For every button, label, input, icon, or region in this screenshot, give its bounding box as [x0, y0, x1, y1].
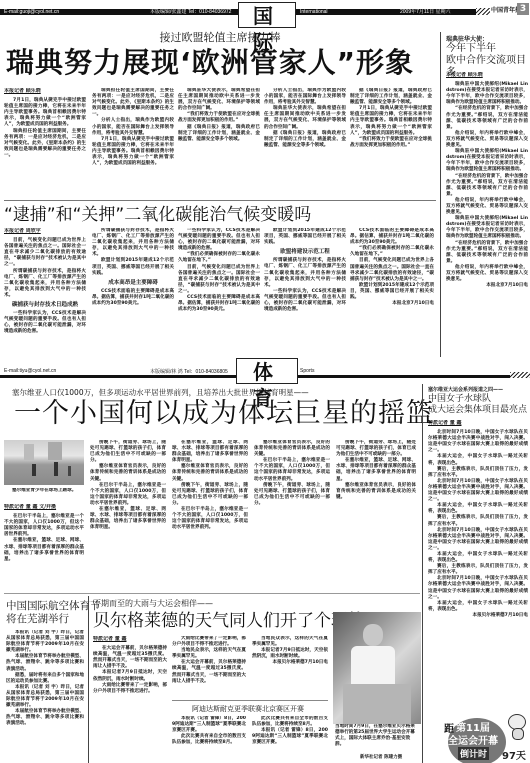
sports-section-title: 体 育 — [236, 358, 298, 384]
mascot-icon — [506, 712, 528, 740]
aviation-divider — [4, 593, 420, 594]
international-section-title: 国 际 — [238, 2, 296, 28]
international-section-en: International — [300, 9, 328, 15]
international-sidebar-divider — [440, 32, 441, 357]
sports-lead-column-5: 傍晚下午，街道旁、球场上，随处可见踢球、打篮球的孩子们，体育已成为他们生活中不可… — [336, 440, 416, 590]
lead-column-3: 瑞典驻华大使表示，瑞典希望在担任主席国期间推动欧中关系进一步发展，双方在气候变化… — [178, 88, 260, 200]
second-column-2: 所谓碳捕获与封存技术，是指将火电厂、炼钢厂、化工厂等排放源产生的二氧化碳收集起来… — [92, 228, 174, 356]
second-column-4: 欧盟计划到2015年建成12个示范项目，英国、挪威等国已经开展了相关实践。 欧盟… — [264, 228, 346, 356]
sidebar-body: 本报记者 顾乐晓 瑞典驻中国大使郝绍(Mikael Lindstrom)在接受本… — [446, 72, 528, 357]
brief-headline: 阿迪达斯耐克更季联赛北京赛区开赛 — [192, 704, 304, 714]
second-headline: “逮捕”和“关押”二氧化碳能治气候变暖吗 — [4, 205, 311, 225]
page-number: 3 — [517, 3, 529, 15]
lead-headline: 瑞典努力展现‘欧洲管家人”形象 — [6, 47, 414, 79]
aviation-right-divider — [88, 596, 89, 763]
sports-header-band-right — [298, 375, 510, 378]
weather-column-3: 当地民众表示，这样的天气在夏季实属罕见。 本报记者7月9日抵达时，天空依然阴沉，… — [252, 636, 328, 696]
lead-column-5: 据《瑞典日报》报道，瑞典政府已制定了详细的工作计划，涵盖就业、金融监管、能源安全… — [350, 88, 432, 200]
waterpolo-body: 特派记者 董 鑫 北京时间7月10日晚，中国女子水球队在贝尔格莱德大运会半决赛中… — [428, 420, 528, 710]
weather-byline: 特派记者 董 鑫 — [93, 636, 167, 642]
serbia-photo-caption: 塞尔维亚青少年在球场上踢球。 — [12, 488, 82, 502]
sports-header-band — [0, 375, 236, 378]
countdown-badge: 距 第11届 全运会开幕 倒计时 97天 — [440, 712, 530, 763]
lead-column-4: 分析人士指出，瑞典作为欧盟内较小的国家，能否在国际舞台上发挥领导作用，将考验其外… — [264, 88, 346, 200]
international-email: E-mail:guoji@cyol.net.cn — [4, 9, 59, 15]
sports-lead-kicker: 塞尔维亚人口仅1000万，但多项运动水平居世界前列，且培养出大批世界级体育明星—… — [12, 387, 309, 398]
lead-kicker: 接过欧盟轮值主席接力棒 — [100, 32, 340, 44]
sports-editor-tel: 本版编辑/林 鸿 Tel：010-84036805 — [150, 368, 228, 375]
sports-lead-column-4: 塞尔维亚体育官员表示，良好的体育传统和完善的青训体系是成功的关键。 在巴尔干半岛… — [254, 440, 330, 590]
weather-photo-caption: 当地时间7月9日，在塞尔维亚贝尔格莱德举行的第25届世界大学生运动会开幕式上，国… — [335, 724, 419, 754]
countdown-event-line2: 全运会开幕 — [448, 732, 498, 747]
serbia-football-photo — [4, 440, 84, 485]
second-column-5: CCS技术面临的主要障碍是成本高昂。据估算，捕获并封存1吨二氧化碳的成本约为30… — [350, 228, 434, 356]
second-byline: 本报记者 周欣宇 — [4, 228, 86, 234]
sports-section-en: Sports — [300, 368, 314, 374]
weather-photo — [333, 612, 421, 724]
weather-photo-credit: 新华社记者 陈建力摄 — [360, 755, 402, 761]
weather-column-1: 特派记者 董 鑫 在大运会开幕前，贝尔格莱德持续高温，气温一度超过35摄氏度。然… — [93, 636, 167, 763]
international-editor-tel: 本版编辑/张鑫建 Tel：010-84036972 — [150, 9, 231, 15]
sports-lead-column-1: 特派记者 董 鑫 文/并摄 在巴尔干半岛上，塞尔维亚是一个不大的国家，人口仅10… — [4, 504, 84, 590]
weather-kicker: 不期而至的大雨与大运会相伴—— — [93, 598, 213, 609]
sports-lead-byline: 特派记者 董 鑫 文/并摄 — [4, 504, 84, 510]
weather-column-2: 大雨给比赛带来了一定影响，部分户外项目不得不推迟进行。 当地民众表示，这样的天气… — [172, 636, 246, 696]
second-column-3: 一些科学家认为，CCS技术是解决气候变暖问题的重要手段。但也有人担心，被封存的二… — [178, 228, 260, 356]
sports-lead-headline: 一个小国何以成为体坛巨星的摇篮 — [14, 398, 434, 430]
waterpolo-kicker: 塞尔维亚大运会系列报道之四—— — [428, 386, 503, 393]
international-story-divider — [4, 200, 436, 201]
brief-column-2: 此次比赛共有来自全市的数百支队伍参加，比赛将持续至8月。 本报讯（记者 雷锋）8… — [252, 716, 328, 763]
international-date: 2009年7月11日 星期六 — [400, 9, 450, 15]
sports-lead-column-2: 傍晚下午，街道旁、球场上，随处可见踢球、打篮球的孩子们，体育已成为他们生活中不可… — [90, 440, 166, 590]
weather-headline: 贝尔格莱德的天气同人们开了个玩笑 — [93, 610, 365, 632]
aviation-headline: 中国国际航空体育节 将在芜湖举行 — [6, 600, 101, 626]
sports-sidebar-divider — [422, 384, 423, 763]
sports-lead-column-3: 在塞尔维亚，篮球、足球、网球、水球、排球等项目都有着深厚的群众基础，培养出了诸多… — [172, 440, 248, 590]
lead-byline: 本报记者 顾乐晓 — [4, 88, 86, 94]
sports-email: E-mail:tiyu@cyol.net.cn — [4, 368, 56, 374]
brief-column-1: 本报讯（记者 雷锋）8日，2009阿迪达斯“三人制篮球”夏季联赛北京赛区开赛。 … — [172, 716, 246, 763]
sidebar-kicker: 瑞典驻华大使： — [446, 34, 488, 43]
brief-divider — [172, 700, 328, 701]
second-column-1: 本报记者 周欣宇 目前，气候变化问题已成为世界上各国普遍关注的焦点之一。国际社会… — [4, 228, 86, 356]
lead-column-2: 瑞典担任轮值主席国期间，主要任务有两项：一是应对经济危机，二是应对气候变化。此外… — [92, 88, 174, 200]
countdown-days: 97天 — [502, 747, 526, 762]
lead-column-1: 本报记者 顾乐晓 7月1日，瑞典从捷克手中接过欧盟轮值主席国的接力棒，它将在未来… — [4, 88, 86, 200]
hatch-decoration — [476, 8, 490, 15]
waterpolo-headline: 中国女子水球队 成大运会集体项目最亮点 — [428, 394, 527, 416]
countdown-label: 倒计时 — [458, 747, 489, 760]
aviation-body: 本报讯（记者 刘 宇）昨日，记者从国家体育总局获悉，第三届中国国际航空体育节将于… — [6, 630, 84, 763]
sports-hatch-decoration — [510, 372, 530, 378]
